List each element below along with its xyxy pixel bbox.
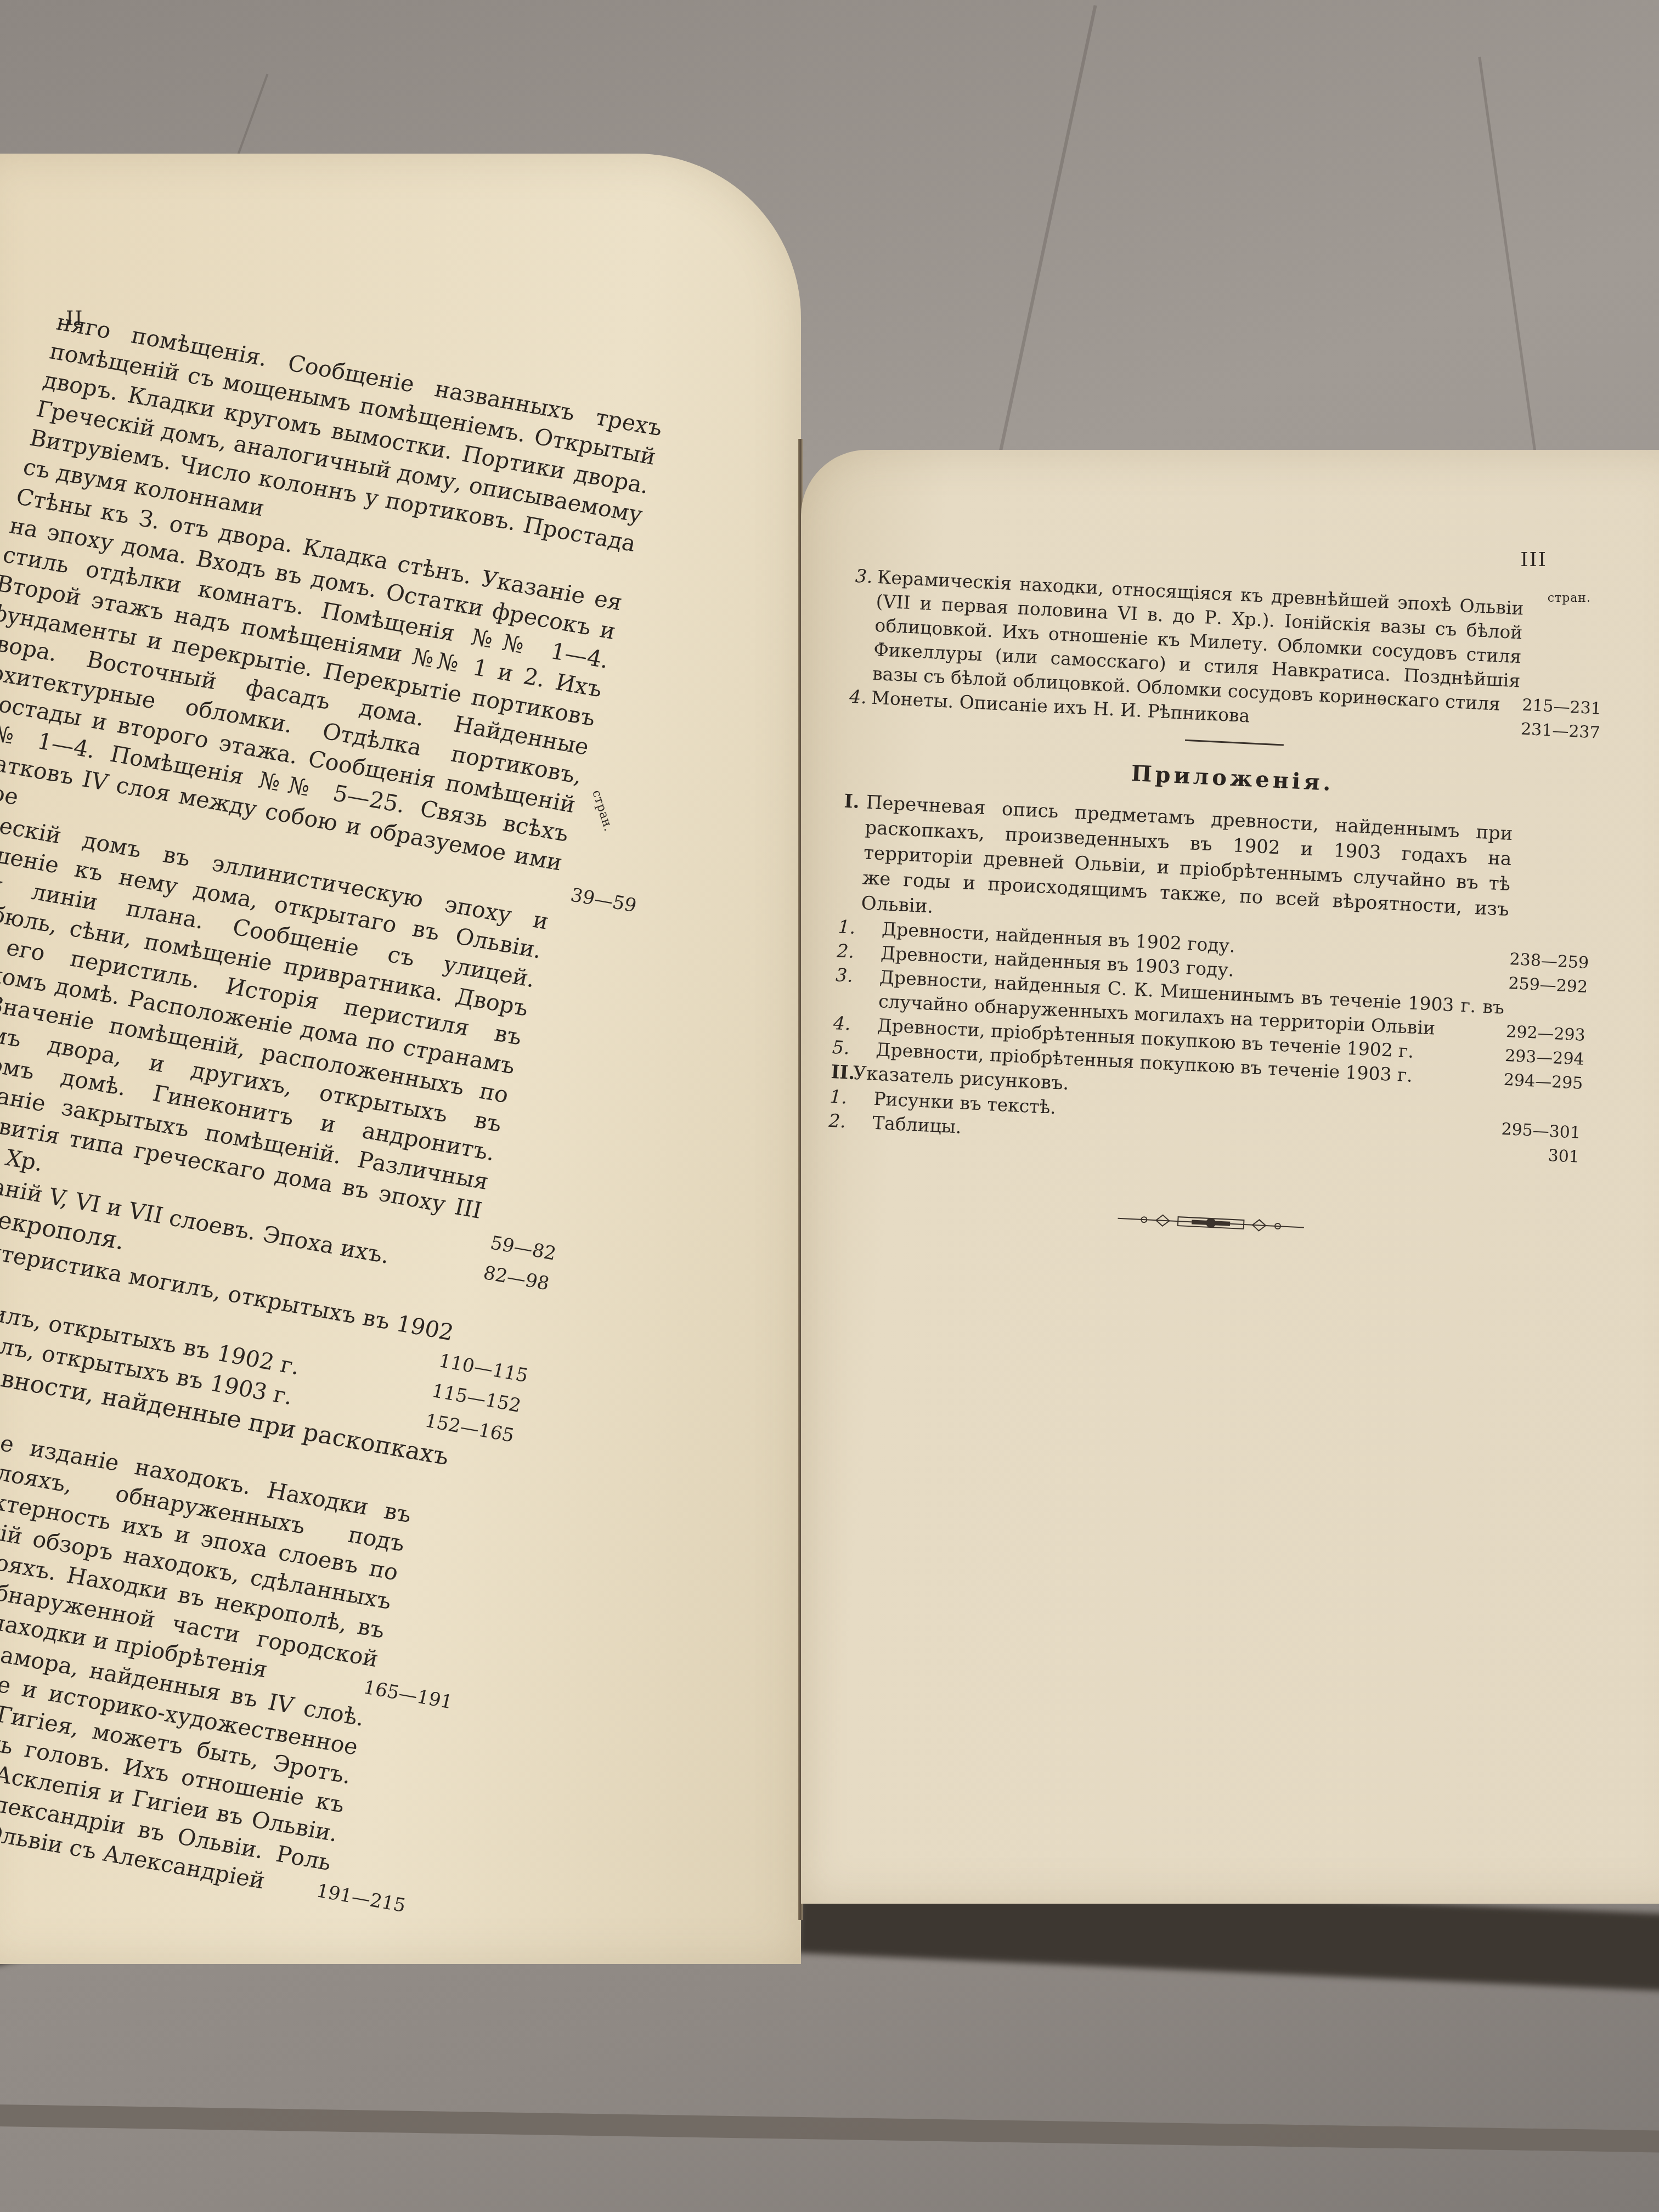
ornament-tailpiece-icon xyxy=(1117,1207,1305,1239)
toc-right: 3. Керамическія находки, относящіяся къ … xyxy=(846,565,1606,1252)
page-range: 295—301 xyxy=(1500,1118,1581,1145)
page-number: III xyxy=(1520,549,1547,571)
entry-number: 6. xyxy=(0,475,3,507)
entry-number: 2. xyxy=(828,1109,847,1133)
section-numeral: II. xyxy=(831,1059,856,1086)
page-range: 238—259 xyxy=(1509,947,1590,975)
page-range: 231—237 xyxy=(1520,718,1601,746)
page-range: 259—292 xyxy=(1508,972,1588,1000)
divider-rule xyxy=(1185,740,1284,746)
marble-vein xyxy=(991,5,1097,489)
entry-number: 5. xyxy=(832,1035,850,1060)
toc-left: стран. няго помѣщенія. Сообщеніе названн… xyxy=(0,307,747,1922)
section-numeral: I. xyxy=(844,789,860,815)
table-edge xyxy=(0,2104,1659,2153)
entry-number: 1. xyxy=(829,1085,848,1109)
entry-number: 4. xyxy=(849,685,867,709)
right-page: III стран. 3. Керамическія находки, отно… xyxy=(801,450,1659,1904)
entry-number: 4. xyxy=(833,1011,851,1036)
page-range: 215—231 xyxy=(1521,693,1602,721)
entry-number: 3. xyxy=(855,564,873,589)
entry-number: 1. xyxy=(838,915,856,939)
page-range: 301 xyxy=(1548,1144,1580,1170)
marble-vein xyxy=(1478,57,1542,492)
left-page: II стран. няго помѣщенія. Сообщеніе назв… xyxy=(0,154,801,1964)
entry-number: 3. xyxy=(835,963,854,988)
page-range: 292—293 xyxy=(1505,1020,1586,1048)
page-range: 294—295 xyxy=(1503,1068,1584,1096)
entry-number: 2. xyxy=(836,939,855,963)
page-range: 293—294 xyxy=(1504,1044,1585,1072)
